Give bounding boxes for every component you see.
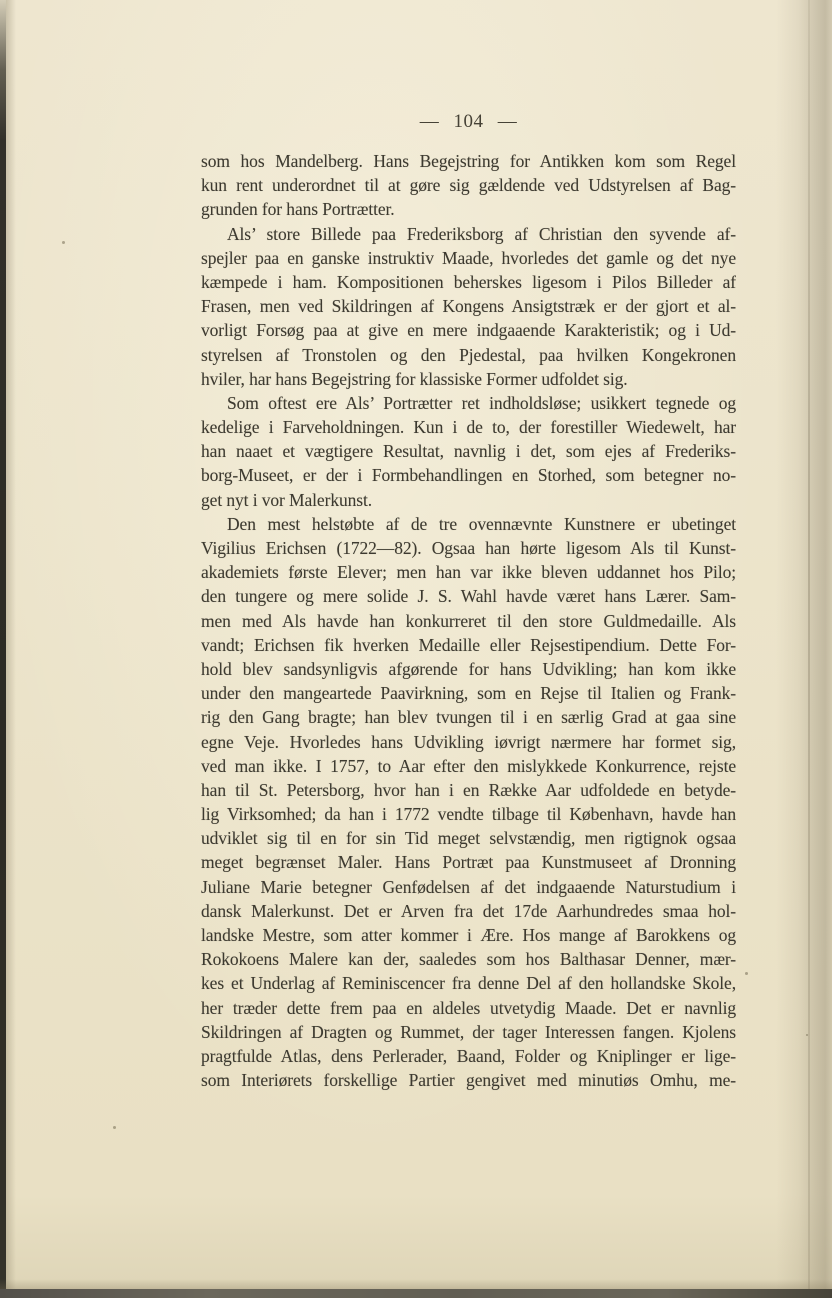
page-edge-shade-right [776,0,832,1298]
text-line: kun rent underordnet til at gøre sig gæl… [201,173,736,197]
text-line: Rokokoens Malere kan der, saaledes som h… [201,947,736,971]
text-line: lig Virksomhed; da han i 1772 vendte til… [201,802,736,826]
text-line: styrelsen af Tronstolen og den Pjedestal… [201,343,736,367]
text-line: grunden for hans Portrætter. [201,197,736,221]
text-line: egne Veje. Hvorledes hans Udvikling iøvr… [201,730,736,754]
paper-speck [113,1126,116,1129]
text-line: Skildringen af Dragten og Rummet, der ta… [201,1020,736,1044]
text-line: den tungere og mere solide J. S. Wahl ha… [201,584,736,608]
text-line: spejler paa en ganske instruktiv Maade, … [201,246,736,270]
text-line: under den mangeartede Paavirkning, som e… [201,681,736,705]
text-line: hold blev sandsynligvis afgørende for ha… [201,657,736,681]
text-line: get nyt i vor Malerkunst. [201,488,736,512]
text-line: han til St. Petersborg, hvor han i en Ræ… [201,778,736,802]
text-line: her træder dette frem paa en aldeles utv… [201,996,736,1020]
paper-speck [745,972,748,975]
text-line: som Interiørets forskellige Partier geng… [201,1068,736,1092]
text-line: ved man ikke. I 1757, to Aar efter den m… [201,754,736,778]
body-text: som hos Mandelberg. Hans Begejstring for… [201,149,736,1092]
page-number: — 104 — [201,111,736,133]
text-line: borg-Museet, er der i Formbehandlingen e… [201,463,736,487]
text-line: Als’ store Billede paa Frederiksborg af … [201,222,736,246]
text-line: vorligt Forsøg paa at give en mere indga… [201,318,736,342]
paper-speck [806,1034,808,1036]
text-line: Som oftest ere Als’ Portrætter ret indho… [201,391,736,415]
text-line: dansk Malerkunst. Det er Arven fra det 1… [201,899,736,923]
page-crease-right [808,0,810,1298]
text-line: Frasen, men ved Skildringen af Kongens A… [201,294,736,318]
text-line: kedelige i Farveholdningen. Kun i de to,… [201,415,736,439]
text-line: vandt; Erichsen fik hverken Medaille ell… [201,633,736,657]
text-line: som hos Mandelberg. Hans Begejstring for… [201,149,736,173]
text-line: Den mest helstøbte af de tre ovennævnte … [201,512,736,536]
text-line: kes et Underlag af Reminiscencer fra den… [201,971,736,995]
text-line: rig den Gang bragte; han blev tvungen ti… [201,705,736,729]
paper-speck [62,241,65,244]
text-line: kæmpede i ham. Kompositionen beherskes l… [201,270,736,294]
text-line: akademiets første Elever; men han var ik… [201,560,736,584]
text-line: men med Als havde han konkurreret til de… [201,609,736,633]
scan-edge-left-shadow [6,0,16,1298]
text-line: landske Mestre, som atter kommer i Ære. … [201,923,736,947]
text-line: meget begrænset Maler. Hans Portræt paa … [201,850,736,874]
scan-edge-bottom-shadow [0,1279,832,1289]
text-line: Vigilius Erichsen (1722—82). Ogsaa han h… [201,536,736,560]
text-line: Juliane Marie betegner Genfødelsen af de… [201,875,736,899]
text-line: han naaet et vægtigere Resultat, navnlig… [201,439,736,463]
scan-edge-bottom [0,1289,832,1298]
text-line: pragtfulde Atlas, dens Perlerader, Baand… [201,1044,736,1068]
text-line: hviler, har hans Begejstring for klassis… [201,367,736,391]
scanned-book-page: — 104 — som hos Mandelberg. Hans Begejst… [0,0,832,1298]
text-line: udviklet sig til en for sin Tid meget se… [201,826,736,850]
